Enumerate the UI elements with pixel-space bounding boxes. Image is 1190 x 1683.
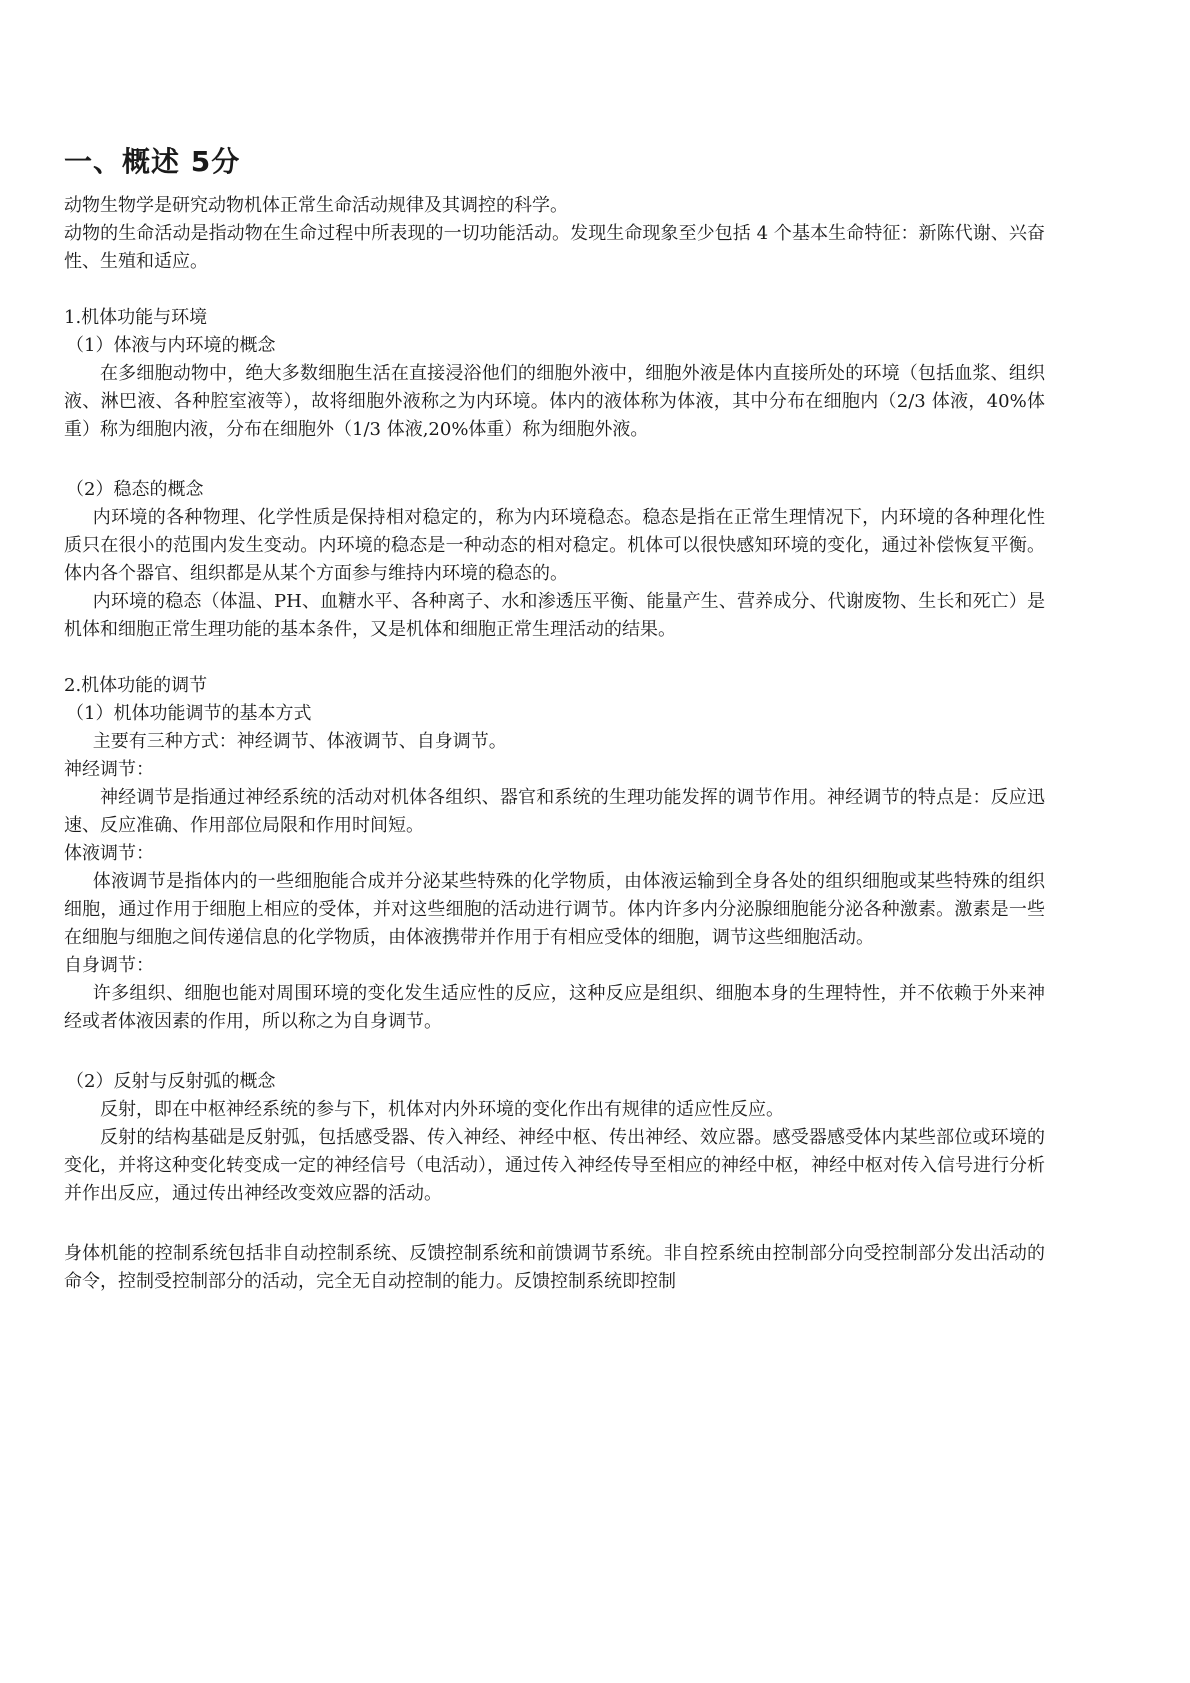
intro-paragraph-1: 动物生物学是研究动物机体正常生命活动规律及其调控的科学。 — [64, 192, 1045, 220]
section-2-2-paragraph-1: 反射，即在中枢神经系统的参与下，机体对内外环境的变化作出有规律的适应性反应。 — [64, 1096, 1045, 1124]
auto-regulation-paragraph: 许多组织、细胞也能对周围环境的变化发生适应性的反应，这种反应是组织、细胞本身的生… — [64, 980, 1045, 1036]
neural-regulation-paragraph: 神经调节是指通过神经系统的活动对机体各组织、器官和系统的生理功能发挥的调节作用。… — [64, 784, 1045, 840]
section-1-1-heading: （1）体液与内环境的概念 — [64, 332, 1045, 360]
section-2-heading: 2.机体功能的调节 — [64, 672, 1045, 700]
document-page: 一、概述 5分 动物生物学是研究动物机体正常生命活动规律及其调控的科学。 动物的… — [64, 142, 1045, 1296]
intro-paragraph-2: 动物的生命活动是指动物在生命过程中所表现的一切功能活动。发现生命现象至少包括 4… — [64, 220, 1045, 276]
section-1-2-heading: （2）稳态的概念 — [64, 476, 1045, 504]
section-1-2-paragraph-1: 内环境的各种物理、化学性质是保持相对稳定的，称为内环境稳态。稳态是指在正常生理情… — [64, 504, 1045, 588]
page-title: 一、概述 5分 — [64, 142, 1045, 182]
section-2-1-summary: 主要有三种方式：神经调节、体液调节、自身调节。 — [64, 728, 1045, 756]
humoral-regulation-paragraph: 体液调节是指体内的一些细胞能合成并分泌某些特殊的化学物质，由体液运输到全身各处的… — [64, 868, 1045, 952]
section-1-heading: 1.机体功能与环境 — [64, 304, 1045, 332]
auto-regulation-label: 自身调节： — [64, 952, 1045, 980]
humoral-regulation-label: 体液调节： — [64, 840, 1045, 868]
section-1-1-paragraph: 在多细胞动物中，绝大多数细胞生活在直接浸浴他们的细胞外液中，细胞外液是体内直接所… — [64, 360, 1045, 444]
neural-regulation-label: 神经调节： — [64, 756, 1045, 784]
section-2-1-heading: （1）机体功能调节的基本方式 — [64, 700, 1045, 728]
section-2-2-heading: （2）反射与反射弧的概念 — [64, 1068, 1045, 1096]
spacer — [64, 444, 1045, 476]
closing-paragraph: 身体机能的控制系统包括非自动控制系统、反馈控制系统和前馈调节系统。非自控系统由控… — [64, 1240, 1045, 1296]
section-1-2-paragraph-2: 内环境的稳态（体温、PH、血糖水平、各种离子、水和渗透压平衡、能量产生、营养成分… — [64, 588, 1045, 644]
spacer — [64, 276, 1045, 304]
spacer — [64, 1208, 1045, 1240]
section-2-2-paragraph-2: 反射的结构基础是反射弧，包括感受器、传入神经、神经中枢、传出神经、效应器。感受器… — [64, 1124, 1045, 1208]
spacer — [64, 644, 1045, 672]
spacer — [64, 1036, 1045, 1068]
